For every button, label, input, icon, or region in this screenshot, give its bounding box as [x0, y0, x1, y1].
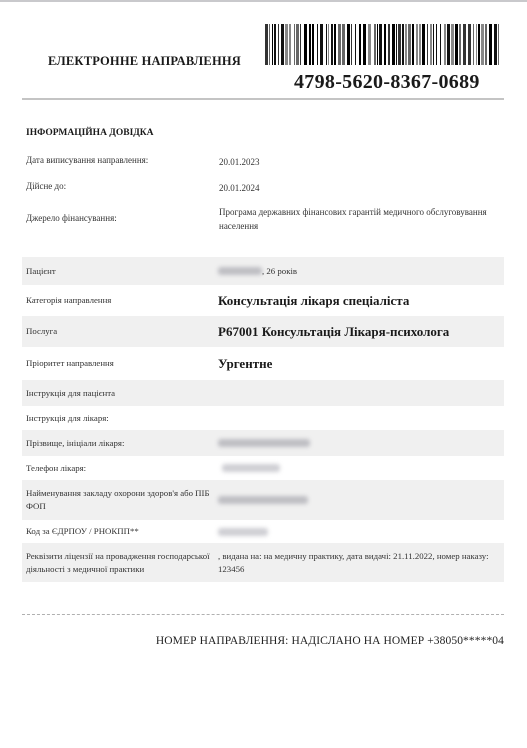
info-row-issue-date: Дата виписування направлення: 20.01.2023 [26, 150, 506, 177]
referral-document: ЕЛЕКТРОННЕ НАПРАВЛЕННЯ 4798-5620-8367-06… [0, 0, 527, 748]
section-title-info: ІНФОРМАЦІЙНА ДОВІДКА [26, 128, 154, 138]
row-patient-instruction: Інструкція для пацієнта [22, 380, 504, 406]
row-service: Послуга Р67001 Консультація Лікаря-психо… [22, 316, 504, 347]
service-label: Послуга [26, 325, 218, 338]
redacted-doctor-name [218, 439, 310, 447]
priority-value: Ургентне [218, 357, 504, 370]
document-title: ЕЛЕКТРОННЕ НАПРАВЛЕННЯ [48, 54, 241, 69]
redacted-edrpou-code [218, 528, 268, 536]
service-value: Р67001 Консультація Лікаря-психолога [218, 325, 504, 338]
row-category: Категорія направлення Консультація лікар… [22, 285, 504, 316]
redacted-facility-name [218, 496, 308, 504]
info-value: 20.01.2024 [219, 181, 506, 195]
edrpou-value [218, 525, 504, 538]
patient-age: , 26 років [262, 266, 297, 276]
redacted-patient-name [218, 267, 262, 275]
info-row-valid-until: Дійсне до: 20.01.2024 [26, 177, 506, 204]
patient-value: , 26 років [218, 265, 504, 278]
patient-label: Пацієнт [26, 265, 218, 278]
row-facility: Найменування закладу охорони здоров'я аб… [22, 480, 504, 520]
row-license: Реквізити ліцензії на провадження господ… [22, 543, 504, 582]
info-row-funding-source: Джерело фінансування: Програма державних… [26, 204, 506, 238]
category-value: Консультація лікаря спеціаліста [218, 294, 504, 307]
row-doctor-instruction: Інструкція для лікаря: [22, 406, 504, 430]
sms-notice: НОМЕР НАПРАВЛЕННЯ: НАДІСЛАНО НА НОМЕР +3… [156, 635, 504, 647]
dashed-separator [22, 614, 504, 615]
doctor-phone-label: Телефон лікаря: [26, 462, 218, 475]
patient-instruction-label: Інструкція для пацієнта [26, 387, 218, 400]
row-edrpou: Код за ЄДРПОУ / РНОКПП** [22, 520, 504, 543]
license-value: , видана на: на медичну практику, дата в… [218, 550, 504, 576]
license-label: Реквізити ліцензії на провадження господ… [26, 550, 218, 576]
info-label: Дата виписування направлення: [26, 155, 219, 165]
info-table: Дата виписування направлення: 20.01.2023… [26, 150, 506, 238]
info-value: 20.01.2023 [219, 155, 506, 169]
doctor-name-value [218, 437, 504, 450]
edrpou-label: Код за ЄДРПОУ / РНОКПП** [26, 525, 218, 538]
info-value: Програма державних фінансових гарантій м… [219, 205, 506, 233]
row-priority: Пріоритет направлення Ургентне [22, 347, 504, 380]
info-label: Дійсне до: [26, 181, 219, 191]
facility-label: Найменування закладу охорони здоров'я аб… [26, 487, 218, 513]
facility-value [218, 494, 504, 507]
doctor-phone-value [218, 462, 504, 475]
doctor-name-label: Прізвище, ініціали лікаря: [26, 437, 218, 450]
doctor-instruction-label: Інструкція для лікаря: [26, 412, 218, 425]
info-label: Джерело фінансування: [26, 205, 219, 223]
referral-number: 4798-5620-8367-0689 [294, 71, 480, 94]
row-doctor-phone: Телефон лікаря: [22, 456, 504, 480]
priority-label: Пріоритет направлення [26, 357, 218, 370]
barcode-icon [265, 24, 502, 65]
redacted-doctor-phone [222, 464, 280, 472]
document-header: ЕЛЕКТРОННЕ НАПРАВЛЕННЯ 4798-5620-8367-06… [22, 2, 504, 100]
category-label: Категорія направлення [26, 294, 218, 307]
row-patient: Пацієнт , 26 років [22, 257, 504, 285]
referral-details-table: Пацієнт , 26 років Категорія направлення… [22, 257, 504, 582]
row-doctor-name: Прізвище, ініціали лікаря: [22, 430, 504, 456]
